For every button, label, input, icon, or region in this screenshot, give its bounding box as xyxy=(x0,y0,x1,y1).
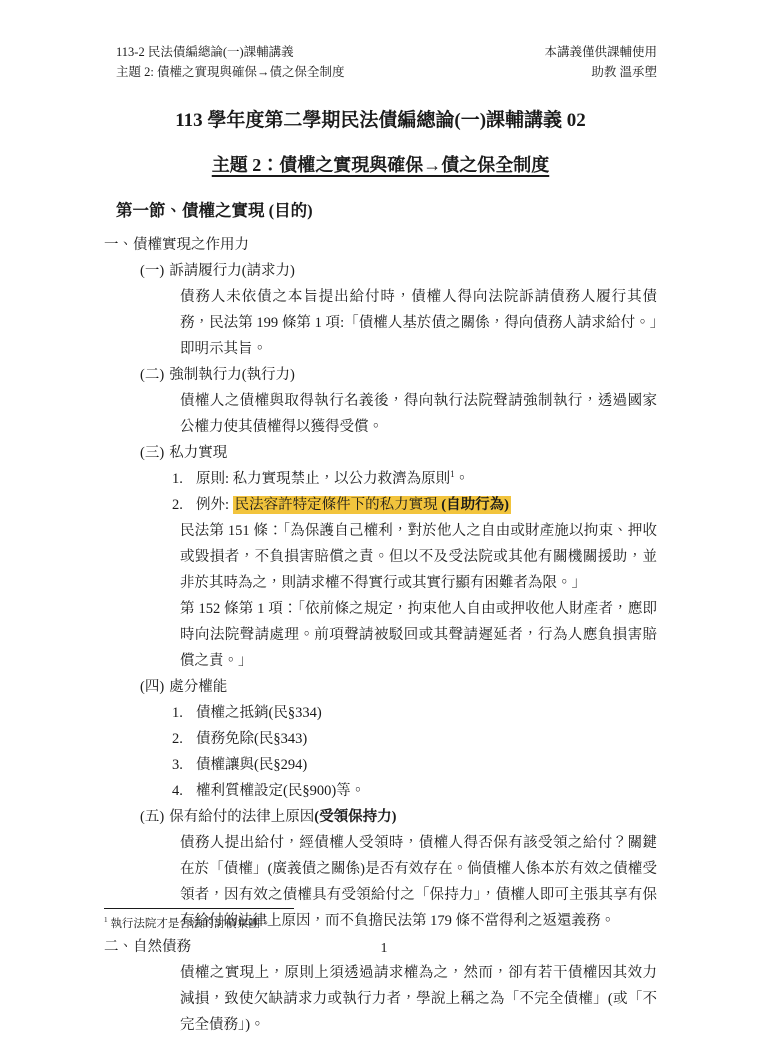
document-subtitle: 主題 2：債權之實現與確保→債之保全制度 xyxy=(104,152,657,178)
footnote-line: 1 執行法院才是合法的討債集團。 xyxy=(104,914,657,934)
exception-item-number: 2. xyxy=(172,492,196,518)
outline-item-2-paragraph: 債權之實現上，原則上須透過請求權為之，然而，卻有若干債權因其效力減損，致使欠缺請… xyxy=(180,960,657,1038)
outline-sub-1-label: (一) xyxy=(140,258,164,284)
disposal-item-text: 權利質權設定(民§900)等。 xyxy=(196,778,365,804)
outline-sub-5-title-wrap: 保有給付的法律上原因(受領保持力) xyxy=(169,804,396,830)
outline-sub-2-heading: (二) 強制執行力(執行力) xyxy=(140,362,657,388)
outline-sub-5-title-bold: (受領保持力) xyxy=(314,809,396,825)
disposal-item-text: 債務免除(民§343) xyxy=(196,726,307,752)
header-course-line: 113-2 民法債編總論(一)課輔講義 xyxy=(116,42,344,62)
outline-sub-5-heading: (五) 保有給付的法律上原因(受領保持力) xyxy=(140,804,657,830)
highlight-bold-text: (自助行為) xyxy=(441,497,509,513)
outline-sub-1-title: 訴請履行力(請求力) xyxy=(169,258,295,284)
footnote-area: 1 執行法院才是合法的討債集團。 xyxy=(104,908,657,934)
disposal-item-number: 3. xyxy=(172,752,196,778)
highlighted-phrase: 民法容許特定條件下的私力實現 (自助行為) xyxy=(233,496,511,514)
outline-sub-1-heading: (一) 訴請履行力(請求力) xyxy=(140,258,657,284)
disposal-list-item: 3. 債權讓與(民§294) xyxy=(172,752,657,778)
outline-sub-5-label: (五) xyxy=(140,804,164,830)
principle-text: 原則: 私力實現禁止，以公力救濟為原則 xyxy=(196,471,450,487)
outline-sub-5-title: 保有給付的法律上原因 xyxy=(169,809,314,825)
outline-item-1-label: 一、 xyxy=(104,232,133,258)
outline-sub-4-heading: (四) 處分權能 xyxy=(140,674,657,700)
header-right: 本講義僅供課輔使用 助教 溫承塱 xyxy=(544,42,657,82)
section-heading: 第一節、債權之實現 (目的) xyxy=(116,198,657,224)
statute-quote-151: 民法第 151 條：「為保護自己權利，對於他人之自由或財產施以拘束、押收或毀損者… xyxy=(180,518,657,596)
disposal-list-item: 2. 債務免除(民§343) xyxy=(172,726,657,752)
outline-sub-3-title: 私力實現 xyxy=(169,440,227,466)
header-topic-line: 主題 2: 債權之實現與確保→債之保全制度 xyxy=(116,62,344,82)
statute-quote-152: 第 152 條第 1 項：「依前條之規定，拘束他人自由或押收他人財產者，應即時向… xyxy=(180,596,657,674)
principle-text-end: 。 xyxy=(455,471,470,487)
outline-sub-3-label: (三) xyxy=(140,440,164,466)
principle-item: 1. 原則: 私力實現禁止，以公力救濟為原則1。 xyxy=(172,466,657,492)
outline-item-1-title: 債權實現之作用力 xyxy=(133,232,249,258)
outline-sub-3-heading: (三) 私力實現 xyxy=(140,440,657,466)
page-header: 113-2 民法債編總論(一)課輔講義 主題 2: 債權之實現與確保→債之保全制… xyxy=(104,42,657,82)
exception-item-text: 例外: 民法容許特定條件下的私力實現 (自助行為) xyxy=(196,492,511,518)
disposal-item-text: 債權之抵銷(民§334) xyxy=(196,700,322,726)
header-left: 113-2 民法債編總論(一)課輔講義 主題 2: 債權之實現與確保→債之保全制… xyxy=(116,42,344,82)
highlight-normal-text: 民法容許特定條件下的私力實現 xyxy=(235,497,442,513)
outline-sub-4: (四) 處分權能 1. 債權之抵銷(民§334) 2. 債務免除(民§343) … xyxy=(140,674,657,804)
disposal-item-number: 1. xyxy=(172,700,196,726)
disposal-list-item: 1. 債權之抵銷(民§334) xyxy=(172,700,657,726)
outline-sub-1-paragraph: 債務人未依債之本旨提出給付時，債權人得向法院訴請債務人履行其債務，民法第 199… xyxy=(180,284,657,362)
header-usage-note: 本講義僅供課輔使用 xyxy=(544,42,657,62)
exception-item: 2. 例外: 民法容許特定條件下的私力實現 (自助行為) xyxy=(172,492,657,518)
outline-sub-2-title: 強制執行力(執行力) xyxy=(169,362,295,388)
outline-sub-1: (一) 訴請履行力(請求力) 債務人未依債之本旨提出給付時，債權人得向法院訴請債… xyxy=(140,258,657,362)
outline-sub-2-paragraph: 債權人之債權與取得執行名義後，得向執行法院聲請強制執行，透過國家公權力使其債權得… xyxy=(180,388,657,440)
footnote-separator-rule xyxy=(104,908,294,909)
principle-item-text: 原則: 私力實現禁止，以公力救濟為原則1。 xyxy=(196,466,469,492)
exception-prefix: 例外: xyxy=(196,497,233,513)
footnote-marker: 1 xyxy=(104,916,108,924)
outline-sub-4-label: (四) xyxy=(140,674,164,700)
header-ta-name: 助教 溫承塱 xyxy=(544,62,657,82)
document-title: 113 學年度第二學期民法債編總論(一)課輔講義 02 xyxy=(104,108,657,134)
page-number: 1 xyxy=(0,936,768,962)
disposal-item-number: 4. xyxy=(172,778,196,804)
outline-sub-3: (三) 私力實現 1. 原則: 私力實現禁止，以公力救濟為原則1。 2. 例外:… xyxy=(140,440,657,674)
disposal-list-item: 4. 權利質權設定(民§900)等。 xyxy=(172,778,657,804)
disposal-item-number: 2. xyxy=(172,726,196,752)
principle-item-number: 1. xyxy=(172,466,196,492)
document-page: 113-2 民法債編總論(一)課輔講義 主題 2: 債權之實現與確保→債之保全制… xyxy=(0,0,768,1024)
document-subtitle-text: 主題 2：債權之實現與確保→債之保全制度 xyxy=(212,155,550,175)
footnote-text: 執行法院才是合法的討債集團。 xyxy=(110,918,271,930)
outline-sub-2-label: (二) xyxy=(140,362,164,388)
outline-sub-2: (二) 強制執行力(執行力) 債權人之債權與取得執行名義後，得向執行法院聲請強制… xyxy=(140,362,657,440)
disposal-item-text: 債權讓與(民§294) xyxy=(196,752,307,778)
outline-sub-4-title: 處分權能 xyxy=(169,674,227,700)
outline-item-1: 一、 債權實現之作用力 xyxy=(104,232,657,258)
